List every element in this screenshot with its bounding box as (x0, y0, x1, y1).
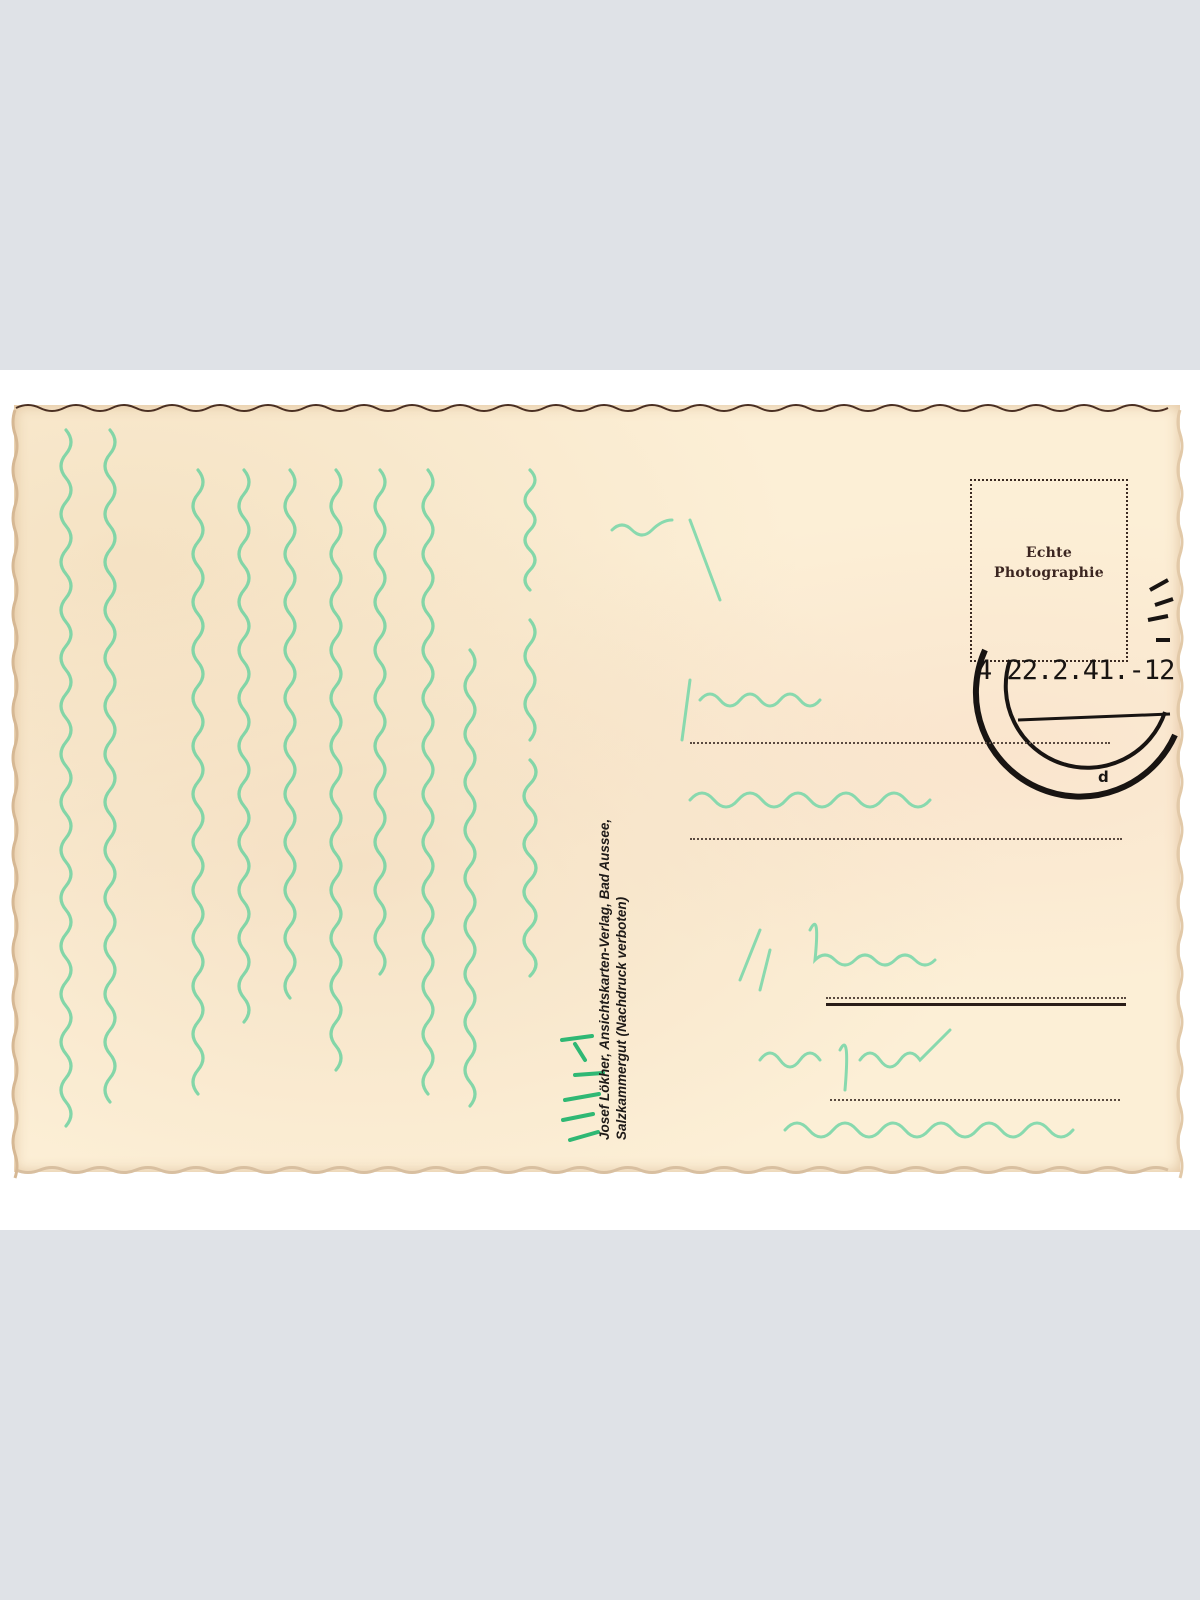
card-edge-left (13, 410, 17, 1178)
publisher-imprint: Josef Lökher, Ansichtskarten-Verlag, Bad… (596, 540, 630, 1140)
card-edge-top (16, 405, 1168, 411)
address-line-3-underline (826, 1003, 1126, 1006)
handwritten-message (61, 430, 536, 1126)
postmark-date: 4 22.2.41.-12 (976, 655, 1174, 686)
publisher-line-1: Josef Lökher, Ansichtskarten-Verlag, Bad… (596, 540, 613, 1140)
address-line-1 (690, 742, 1110, 744)
address-line-3 (826, 997, 1126, 999)
address-line-4 (830, 1099, 1120, 1101)
handwritten-address (612, 520, 1073, 1137)
address-line-2 (690, 838, 1122, 840)
postmark-letter: d (1098, 768, 1109, 786)
postmark (976, 580, 1175, 797)
card-edge-bottom (16, 1168, 1168, 1173)
publisher-line-2: Salzkammergut (Nachdruck verboten) (613, 540, 630, 1140)
card-edge-right (1178, 410, 1182, 1178)
